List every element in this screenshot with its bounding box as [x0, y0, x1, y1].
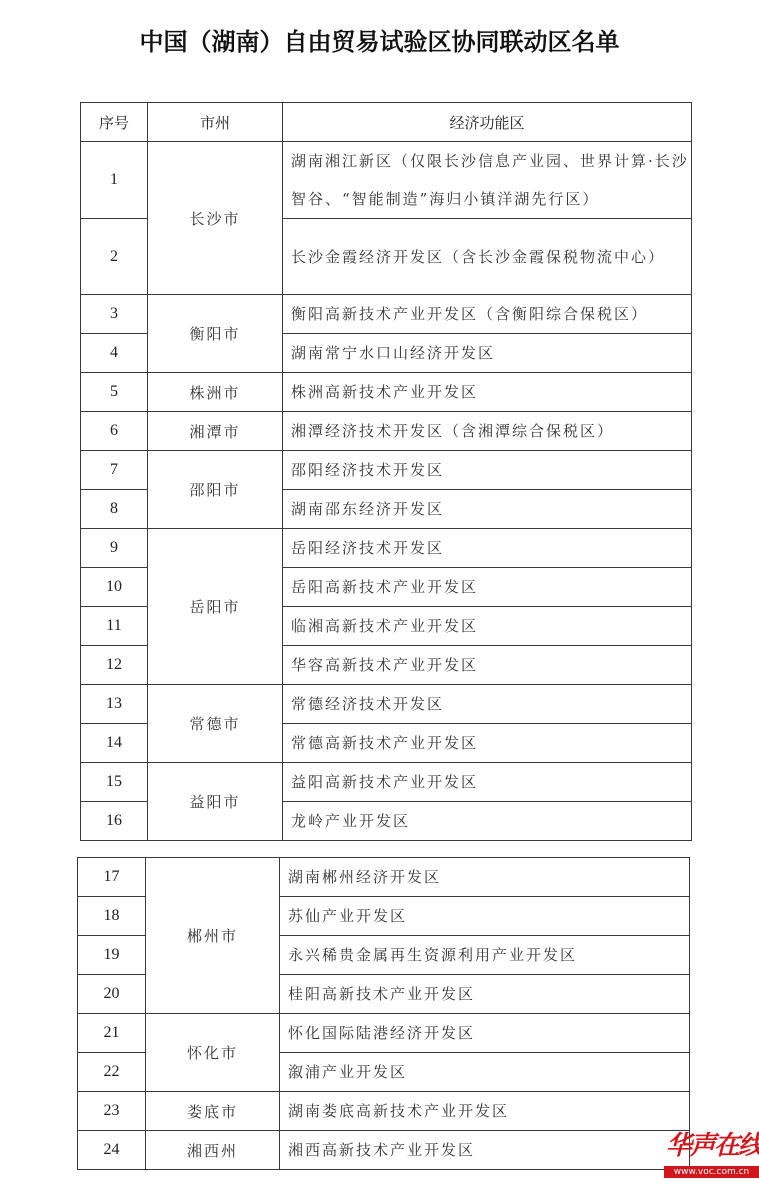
- city-cell: 株洲市: [148, 373, 283, 412]
- zone-cell: 溆浦产业开发区: [280, 1053, 690, 1092]
- zone-cell: 湖南郴州经济开发区: [280, 858, 690, 897]
- city-cell: 邵阳市: [148, 451, 283, 529]
- table-row: 6 湘潭市 湘潭经济技术开发区（含湘潭综合保税区）: [81, 412, 692, 451]
- zone-cell: 湘潭经济技术开发区（含湘潭综合保税区）: [283, 412, 692, 451]
- zone-cell: 桂阳高新技术产业开发区: [280, 975, 690, 1014]
- zone-cell: 苏仙产业开发区: [280, 897, 690, 936]
- row-number: 4: [81, 334, 148, 373]
- city-cell: 湘西州: [146, 1131, 280, 1170]
- city-cell: 湘潭市: [148, 412, 283, 451]
- zone-cell: 华容高新技术产业开发区: [283, 646, 692, 685]
- row-number: 3: [81, 295, 148, 334]
- zone-table-part-1: 序号 市州 经济功能区 1 长沙市 湖南湘江新区（仅限长沙信息产业园、世界计算·…: [80, 102, 692, 841]
- table-row: 24 湘西州 湘西高新技术产业开发区: [78, 1131, 690, 1170]
- table-header-row: 序号 市州 经济功能区: [81, 103, 692, 142]
- table-row: 13 常德市 常德经济技术开发区: [81, 685, 692, 724]
- table-row: 17 郴州市 湖南郴州经济开发区: [78, 858, 690, 897]
- table-row: 3 衡阳市 衡阳高新技术产业开发区（含衡阳综合保税区）: [81, 295, 692, 334]
- zone-cell: 岳阳高新技术产业开发区: [283, 568, 692, 607]
- zone-cell: 湖南常宁水口山经济开发区: [283, 334, 692, 373]
- row-number: 23: [78, 1092, 146, 1131]
- watermark-logo: 华声在线 www.voc.com.cn: [664, 1125, 759, 1180]
- zone-cell: 长沙金霞经济开发区（含长沙金霞保税物流中心）: [283, 219, 692, 295]
- header-city: 市州: [148, 103, 283, 142]
- city-cell: 郴州市: [146, 858, 280, 1014]
- document-title: 中国（湖南）自由贸易试验区协同联动区名单: [0, 22, 759, 57]
- watermark-url: www.voc.com.cn: [664, 1166, 759, 1178]
- zone-cell: 湖南娄底高新技术产业开发区: [280, 1092, 690, 1131]
- row-number: 10: [81, 568, 148, 607]
- row-number: 7: [81, 451, 148, 490]
- city-cell: 益阳市: [148, 763, 283, 841]
- row-number: 5: [81, 373, 148, 412]
- city-cell: 怀化市: [146, 1014, 280, 1092]
- row-number: 15: [81, 763, 148, 802]
- zone-cell: 益阳高新技术产业开发区: [283, 763, 692, 802]
- table-row: 7 邵阳市 邵阳经济技术开发区: [81, 451, 692, 490]
- table-row: 5 株洲市 株洲高新技术产业开发区: [81, 373, 692, 412]
- row-number: 6: [81, 412, 148, 451]
- row-number: 16: [81, 802, 148, 841]
- row-number: 19: [78, 936, 146, 975]
- city-cell: 衡阳市: [148, 295, 283, 373]
- header-index: 序号: [81, 103, 148, 142]
- row-number: 8: [81, 490, 148, 529]
- zone-cell: 岳阳经济技术开发区: [283, 529, 692, 568]
- zone-cell: 怀化国际陆港经济开发区: [280, 1014, 690, 1053]
- table-row: 15 益阳市 益阳高新技术产业开发区: [81, 763, 692, 802]
- row-number: 22: [78, 1053, 146, 1092]
- row-number: 12: [81, 646, 148, 685]
- table-row: 23 娄底市 湖南娄底高新技术产业开发区: [78, 1092, 690, 1131]
- row-number: 9: [81, 529, 148, 568]
- zone-cell: 临湘高新技术产业开发区: [283, 607, 692, 646]
- zone-cell: 龙岭产业开发区: [283, 802, 692, 841]
- row-number: 13: [81, 685, 148, 724]
- table-row: 21 怀化市 怀化国际陆港经济开发区: [78, 1014, 690, 1053]
- watermark-name: 华声在线: [666, 1125, 759, 1162]
- table-row: 1 长沙市 湖南湘江新区（仅限长沙信息产业园、世界计算·长沙智谷、“智能制造”海…: [81, 142, 692, 219]
- row-number: 2: [81, 219, 148, 295]
- city-cell: 常德市: [148, 685, 283, 763]
- table-row: 9 岳阳市 岳阳经济技术开发区: [81, 529, 692, 568]
- row-number: 1: [81, 142, 148, 219]
- row-number: 11: [81, 607, 148, 646]
- zone-cell: 湖南邵东经济开发区: [283, 490, 692, 529]
- row-number: 21: [78, 1014, 146, 1053]
- row-number: 20: [78, 975, 146, 1014]
- row-number: 17: [78, 858, 146, 897]
- zone-cell: 常德高新技术产业开发区: [283, 724, 692, 763]
- city-cell: 长沙市: [148, 142, 283, 295]
- zone-cell: 永兴稀贵金属再生资源利用产业开发区: [280, 936, 690, 975]
- zone-cell: 衡阳高新技术产业开发区（含衡阳综合保税区）: [283, 295, 692, 334]
- row-number: 14: [81, 724, 148, 763]
- row-number: 18: [78, 897, 146, 936]
- city-cell: 娄底市: [146, 1092, 280, 1131]
- zone-cell: 湖南湘江新区（仅限长沙信息产业园、世界计算·长沙智谷、“智能制造”海归小镇洋湖先…: [283, 142, 692, 219]
- zone-cell: 常德经济技术开发区: [283, 685, 692, 724]
- header-zone: 经济功能区: [283, 103, 692, 142]
- zone-cell: 株洲高新技术产业开发区: [283, 373, 692, 412]
- zone-cell: 邵阳经济技术开发区: [283, 451, 692, 490]
- city-cell: 岳阳市: [148, 529, 283, 685]
- row-number: 24: [78, 1131, 146, 1170]
- zone-table-part-2: 17 郴州市 湖南郴州经济开发区 18 苏仙产业开发区 19 永兴稀贵金属再生资…: [77, 857, 690, 1170]
- zone-cell: 湘西高新技术产业开发区: [280, 1131, 690, 1170]
